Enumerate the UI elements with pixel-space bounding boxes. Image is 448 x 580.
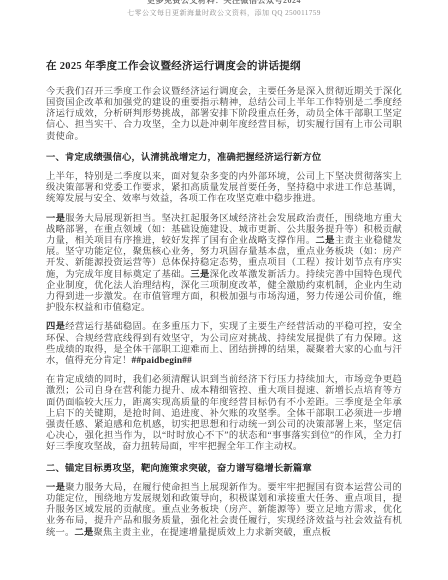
- document-body: 今天我们召开三季度工作会议暨经济运行调度会，主要任务是深入贯彻近期关于深化国资国…: [46, 87, 402, 539]
- paragraph: 今天我们召开三季度工作会议暨经济运行调度会，主要任务是深入贯彻近期关于深化国资国…: [46, 87, 402, 143]
- section-heading: 一、肯定成绩强信心，认清挑战增定力，准确把握经济运行新方位: [46, 153, 402, 164]
- bold-run: ##paidbegin##: [131, 356, 191, 366]
- promo-line-2: 七零公文每日更新海量时政公文资料，添加 QQ 250011759: [0, 9, 448, 18]
- paragraph: 一是聚力服务大局，在履行使命担当上展现新作为。要牢牢把握国有资本运营公司的功能定…: [46, 483, 402, 539]
- text-run: 经营运行基础稳固。在多重压力下，实现了主要生产经营活动的平稳可控，安全环保、合规…: [46, 322, 402, 366]
- bold-run: 二是: [75, 528, 94, 538]
- paragraph: 四是经营运行基础稳固。在多重压力下，实现了主要生产经营活动的平稳可控，安全环保、…: [46, 322, 402, 367]
- paragraph: 一是服务大局展现新担当。坚决扛起服务区域经济社会发展政治责任，围绕地方重大战略部…: [46, 214, 402, 315]
- text-run: 上半年，特别是二季度以来，面对复杂多变的内外部环境，公司上下坚决贯彻落实上级决策…: [46, 172, 402, 204]
- document-title: 在 2025 年季度工作会议暨经济运行调度会的讲话提纲: [46, 58, 402, 73]
- text-run: 今天我们召开三季度工作会议暨经济运行调度会，主要任务是深入贯彻近期关于深化国资国…: [46, 87, 402, 142]
- promo-line-1: 更多免费公文材料：关注微信公众号2024: [0, 0, 448, 6]
- bold-run: 三是: [190, 270, 209, 280]
- paragraph: 在肯定成绩的同时，我们必须清醒认识到当前经济下行压力持续加大，市场竞争更趋激烈；…: [46, 375, 402, 453]
- bold-run: 一、肯定成绩强信心，认清挑战增定力，准确把握经济运行新方位: [46, 153, 321, 163]
- bold-run: 一是: [46, 483, 65, 493]
- bold-run: 二是: [316, 236, 335, 246]
- bold-run: 四是: [46, 322, 65, 332]
- promo-header: 更多免费公文材料：关注微信公众号2024 七零公文每日更新海量时政公文资料，添加…: [0, 0, 448, 18]
- section-heading: 二、锚定目标勇攻坚，靶向施策求突破，奋力谱写稳增长新篇章: [46, 464, 402, 475]
- document-page: { "page": { "header": { "line1": "更多免费公文…: [0, 0, 448, 580]
- page: 更多免费公文材料：关注微信公众号2024 七零公文每日更新海量时政公文资料，添加…: [0, 0, 448, 580]
- text-run: 聚焦主责主业，在提速增量提质效上力求新突破，重点板: [94, 528, 331, 538]
- document-content: 在 2025 年季度工作会议暨经济运行调度会的讲话提纲 今天我们召开三季度工作会…: [0, 18, 448, 539]
- bold-run: 二、锚定目标勇攻坚，靶向施策求突破，奋力谱写稳增长新篇章: [46, 464, 312, 474]
- text-run: 在肯定成绩的同时，我们必须清醒认识到当前经济下行压力持续加大，市场竞争更趋激烈；…: [46, 375, 402, 452]
- bold-run: 一是: [46, 214, 65, 224]
- paragraph: 上半年，特别是二季度以来，面对复杂多变的内外部环境，公司上下坚决贯彻落实上级决策…: [46, 172, 402, 206]
